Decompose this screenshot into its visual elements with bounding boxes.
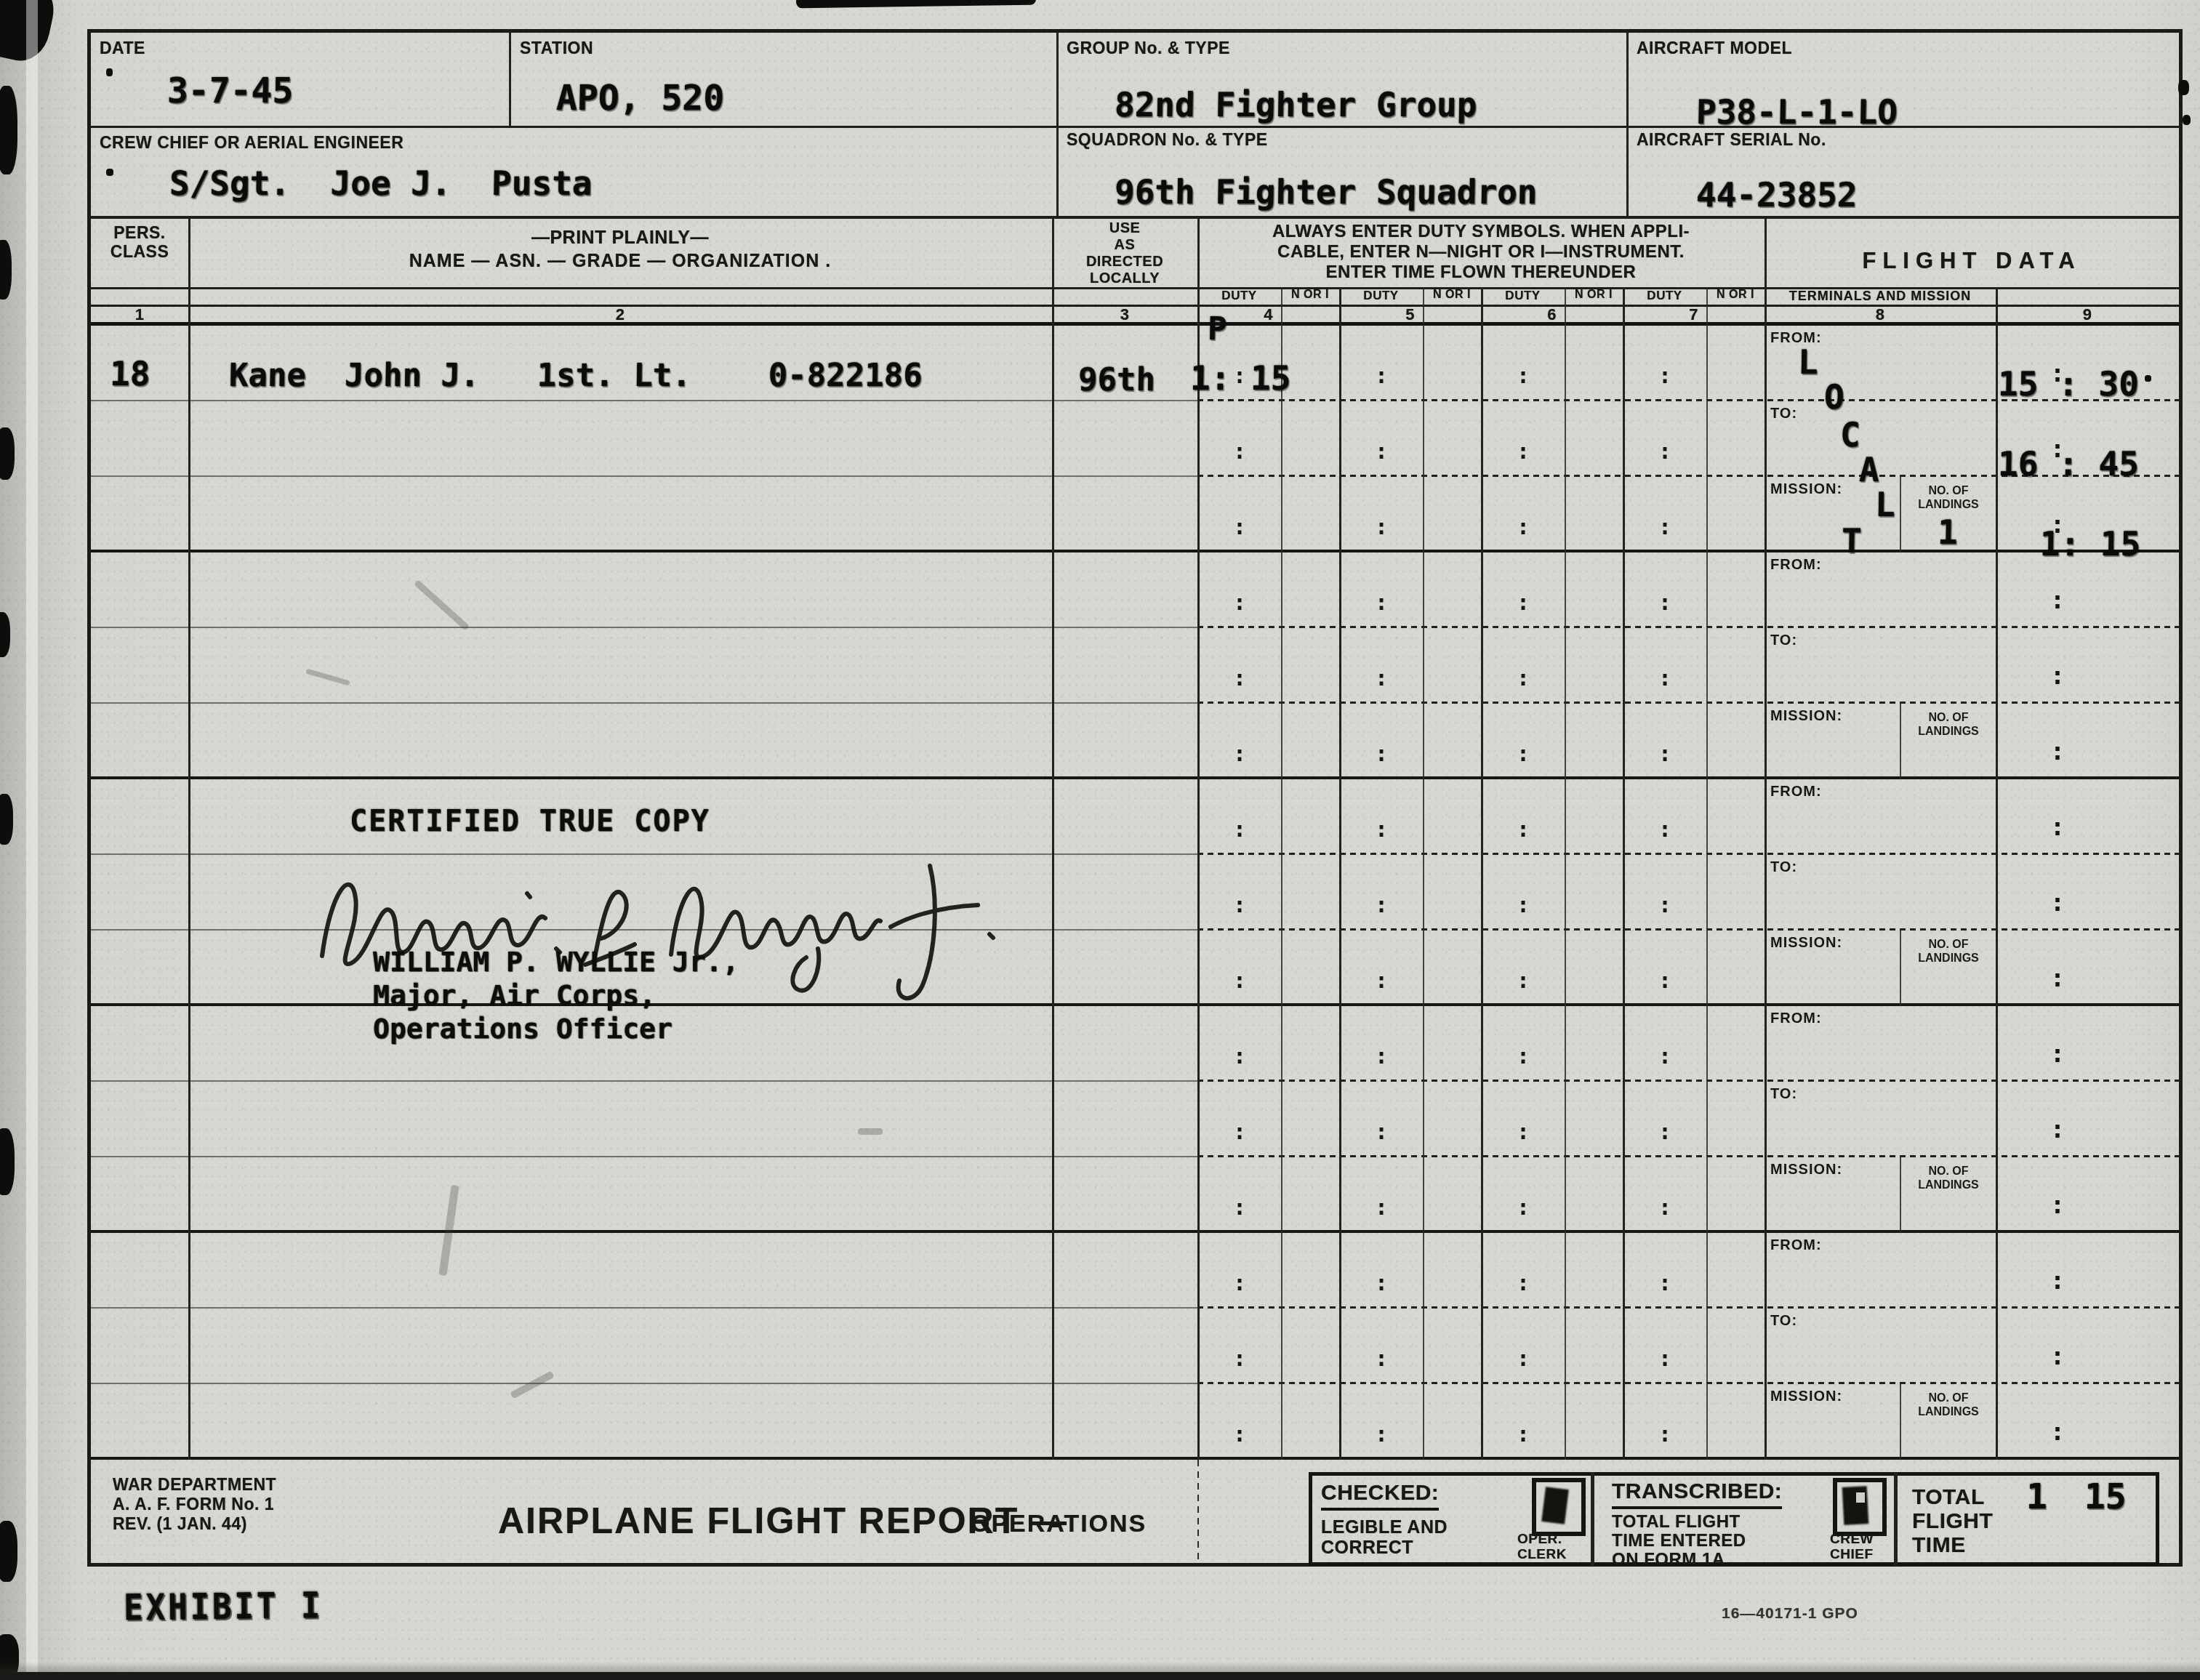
mission-label: MISSION: — [1770, 1388, 1842, 1405]
signed-name: WILLIAM P. WYLLIE Jr., — [373, 946, 739, 978]
duty6-colon: : — [1509, 1044, 1538, 1069]
landings-label-line2: LANDINGS — [1903, 725, 1994, 739]
serial-value: 44-23852 — [1696, 175, 1858, 214]
landings-label: NO. OF LANDINGS — [1903, 938, 1994, 965]
duty5-colon: : — [1367, 1195, 1396, 1221]
mission-row: MISSION: NO. OF LANDINGS : : : : : — [91, 704, 2179, 779]
mission-row: MISSION: NO. OF LANDINGS : : : : : — [91, 1384, 2179, 1460]
duty5-colon: : — [1367, 893, 1396, 918]
signed-title: Major, Air Corps, — [373, 979, 656, 1011]
landings-label-line2: LANDINGS — [1903, 1178, 1994, 1192]
from-label: FROM: — [1770, 557, 1822, 574]
time-colon: : — [2043, 586, 2072, 615]
col-number-1: 1 — [91, 305, 188, 324]
scan-artifact — [0, 1521, 17, 1582]
time-colon: : — [2043, 1115, 2072, 1144]
duty6-colon: : — [1509, 968, 1538, 994]
divider — [1626, 33, 1629, 216]
duty6-colon: : — [1509, 1271, 1538, 1296]
time-colon: : — [2043, 1191, 2072, 1220]
divider — [1281, 287, 1282, 1460]
divider — [1056, 33, 1059, 216]
group-label: GROUP No. & TYPE — [1067, 39, 1230, 58]
divider — [509, 33, 511, 126]
form-table: DATE 3-7-45 STATION APO, 520 GROUP No. &… — [87, 29, 2183, 1567]
landings-entry: 1 — [1938, 513, 1959, 552]
landings-label: NO. OF LANDINGS — [1903, 1165, 1994, 1192]
to-row: TO: : : : : : — [91, 1309, 2179, 1384]
pers-class-line1: PERS. — [91, 223, 188, 242]
flight-data-header: FLIGHT DATA — [1765, 248, 2179, 274]
duty7-colon: : — [1650, 1271, 1679, 1296]
duty4-colon: : — [1225, 1271, 1254, 1296]
duty5-colon: : — [1367, 363, 1396, 389]
landings-label-line1: NO. OF — [1903, 1391, 1994, 1405]
aircraft-model-value: P38-L-1-LO — [1696, 92, 1898, 132]
landings-label: NO. OF LANDINGS — [1903, 1391, 1994, 1419]
station-label: STATION — [520, 39, 593, 58]
n-or-i-subheader: N OR I — [1565, 289, 1623, 302]
crew-chief-label: CREW CHIEF OR AERIAL ENGINEER — [100, 133, 404, 153]
exhibit-stamp: EXHIBIT I — [124, 1585, 324, 1628]
time-colon: : — [2043, 964, 2072, 993]
from-letter-2: O — [1824, 377, 1845, 417]
time-mission-entry: 1: 15 — [1996, 524, 2185, 563]
landings-label: NO. OF LANDINGS — [1903, 484, 1994, 512]
time-colon: : — [2043, 662, 2072, 691]
duty5-colon: : — [1367, 817, 1396, 843]
total-line2: FLIGHT — [1912, 1509, 1993, 1533]
flight-data-block: FROM: : : : : : TO: : : : : : MISSION: N… — [91, 1233, 2179, 1460]
col-number-3: 3 — [1052, 305, 1197, 324]
duty7-colon: : — [1650, 1422, 1679, 1447]
divider — [1706, 287, 1708, 1460]
from-label: FROM: — [1770, 1010, 1822, 1027]
duty4-colon: : — [1225, 1346, 1254, 1372]
duty7-colon: : — [1650, 817, 1679, 843]
local-use-entry: 96th — [1078, 361, 1156, 398]
duty7-colon: : — [1650, 439, 1679, 465]
divider — [1481, 287, 1483, 1460]
transcribed-sub-line2: TIME ENTERED — [1612, 1532, 1746, 1551]
duty5-colon: : — [1367, 741, 1396, 767]
flight-data-block: FROM: : : : : : TO: : : : : : MISSION: N… — [91, 552, 2179, 779]
crew-label-line1: CREW — [1830, 1532, 1874, 1547]
divider — [1623, 287, 1625, 1460]
duty4-colon: : — [1225, 893, 1254, 918]
duty-instructions-header: ALWAYS ENTER DUTY SYMBOLS. WHEN APPLI- C… — [1197, 222, 1765, 283]
duty4-colon: : — [1225, 515, 1254, 540]
duty5-colon: : — [1367, 666, 1396, 691]
use-locally-header: USE AS DIRECTED LOCALLY — [1052, 220, 1197, 287]
duty7-colon: : — [1650, 893, 1679, 918]
duty7-colon: : — [1650, 590, 1679, 616]
time-colon: : — [2043, 1342, 2072, 1371]
landings-label-line1: NO. OF — [1903, 711, 1994, 725]
scan-artifact — [0, 1128, 15, 1195]
from-label: FROM: — [1770, 784, 1822, 800]
squadron-value: 96th Fighter Squadron — [1115, 172, 1538, 212]
use-line3: DIRECTED — [1052, 254, 1197, 270]
crew-label-line2: CHIEF — [1830, 1547, 1874, 1562]
duty7-colon: : — [1650, 1346, 1679, 1372]
duty5-colon: : — [1367, 1120, 1396, 1145]
divider — [91, 216, 2179, 219]
duty-subheader: DUTY — [1197, 289, 1281, 303]
to-row: TO: : : : : : — [91, 628, 2179, 704]
total-line1: TOTAL — [1912, 1485, 1993, 1509]
scan-artifact — [106, 68, 113, 76]
duty5-colon: : — [1367, 1271, 1396, 1296]
oper-clerk-initials — [1541, 1487, 1569, 1524]
name-entry: Kane John J. 1st. Lt. 0-822186 — [229, 357, 923, 394]
duty7-colon: : — [1650, 741, 1679, 767]
from-row: FROM: : : : : : — [91, 1233, 2179, 1309]
scan-artifact — [0, 86, 17, 174]
checked-sublabel: LEGIBLE AND CORRECT — [1321, 1517, 1448, 1558]
duty4-colon: : — [1225, 590, 1254, 616]
scan-artifact — [0, 427, 15, 480]
duty4-colon: : — [1225, 1120, 1254, 1145]
crew-chief-label: CREW CHIEF — [1830, 1532, 1874, 1562]
transcribed-sublabel: TOTAL FLIGHT TIME ENTERED ON FORM 1A . — [1612, 1513, 1746, 1570]
form-title-suffix: OPERATIONS — [971, 1510, 1147, 1538]
col-number-7: 7 — [1623, 305, 1765, 324]
print-plainly-header: —PRINT PLAINLY— — [188, 228, 1052, 249]
col-number-5: 5 — [1339, 305, 1481, 324]
time-colon: : — [2043, 888, 2072, 917]
landings-label-line2: LANDINGS — [1903, 952, 1994, 965]
mission-letter-2: T — [1842, 521, 1863, 560]
pers-class-header: PERS. CLASS — [91, 223, 188, 261]
signed-role: Operations Officer — [373, 1013, 673, 1045]
from-label: FROM: — [1770, 1237, 1822, 1254]
duty6-colon: : — [1509, 817, 1538, 843]
scan-smudge — [858, 1128, 883, 1135]
time-colon: : — [2043, 737, 2072, 766]
duty4-colon: : — [1225, 1422, 1254, 1447]
n-or-i-subheader: N OR I — [1706, 289, 1765, 302]
date-label: DATE — [100, 39, 145, 58]
duty4-colon: : — [1225, 439, 1254, 465]
time-to-entry: 16 : 45 — [1974, 444, 2164, 483]
duty4-colon: : — [1225, 968, 1254, 994]
serial-label: AIRCRAFT SERIAL No. — [1637, 130, 1826, 150]
landings-label: NO. OF LANDINGS — [1903, 711, 1994, 739]
total-hours-entry: 1 — [2026, 1476, 2048, 1517]
duty-time-entry: 1: 15 — [1190, 358, 1291, 398]
duty6-colon: : — [1509, 741, 1538, 767]
duty7-colon: : — [1650, 1120, 1679, 1145]
n-or-i-subheader: N OR I — [1423, 289, 1481, 302]
duty5-colon: : — [1367, 968, 1396, 994]
duty7-colon: : — [1650, 1195, 1679, 1221]
scan-artifact — [0, 1672, 2200, 1680]
gpo-print-code: 16—40171-1 GPO — [1722, 1605, 1858, 1623]
landings-divider — [1900, 931, 1901, 1006]
divider — [188, 218, 190, 1460]
duty4-colon: : — [1225, 817, 1254, 843]
scan-artifact — [106, 169, 113, 176]
divider — [1765, 218, 1767, 1460]
to-label: TO: — [1770, 1086, 1797, 1103]
to-label: TO: — [1770, 859, 1797, 876]
scan-artifact — [0, 240, 12, 300]
time-colon: : — [2043, 1266, 2072, 1295]
crew-chief-value: S/Sgt. Joe J. Pusta — [169, 164, 593, 203]
total-flight-time-label: TOTAL FLIGHT TIME — [1912, 1485, 1993, 1557]
duty4-colon: : — [1225, 1044, 1254, 1069]
scan-artifact — [2183, 115, 2191, 125]
divider — [1339, 287, 1341, 1460]
landings-label-line1: NO. OF — [1903, 1165, 1994, 1178]
from-letter-1: L — [1798, 342, 1819, 382]
duty6-colon: : — [1509, 590, 1538, 616]
duty-symbol-entry: P — [1208, 310, 1227, 347]
scan-artifact — [2178, 80, 2189, 95]
duty4-colon: : — [1225, 741, 1254, 767]
duty6-colon: : — [1509, 515, 1538, 540]
duty7-colon: : — [1650, 363, 1679, 389]
landings-divider — [1900, 704, 1901, 779]
divider — [1423, 287, 1424, 1460]
landings-divider — [1900, 477, 1901, 552]
landings-divider — [1900, 1384, 1901, 1460]
time-colon: : — [2043, 1418, 2072, 1447]
mission-label: MISSION: — [1770, 935, 1842, 952]
terminals-subheader: TERMINALS AND MISSION — [1765, 289, 1996, 304]
landings-label-line1: NO. OF — [1903, 938, 1994, 952]
use-line1: USE — [1052, 220, 1197, 237]
certified-true-copy: CERTIFIED TRUE COPY — [350, 805, 710, 838]
duty5-colon: : — [1367, 439, 1396, 465]
duty6-colon: : — [1509, 1120, 1538, 1145]
time-colon: : — [2043, 813, 2072, 842]
duty7-colon: : — [1650, 515, 1679, 540]
duty4-colon: : — [1225, 1195, 1254, 1221]
transcribed-sub-line1: TOTAL FLIGHT — [1612, 1513, 1746, 1532]
mission-label: MISSION: — [1770, 1162, 1842, 1178]
name-column-header: NAME — ASN. — GRADE — ORGANIZATION . — [188, 251, 1052, 272]
landings-label-line1: NO. OF — [1903, 484, 1994, 498]
total-line3: TIME — [1912, 1533, 1993, 1557]
divider — [1197, 218, 1200, 1460]
checked-label: CHECKED: — [1321, 1481, 1439, 1511]
landings-divider — [1900, 1157, 1901, 1233]
mission-row: MISSION: NO. OF LANDINGS : : : : : — [91, 1157, 2179, 1233]
duty6-colon: : — [1509, 439, 1538, 465]
oper-label-line2: CLERK — [1517, 1547, 1567, 1562]
duty5-colon: : — [1367, 515, 1396, 540]
time-from-entry: 15 : 30 — [1974, 364, 2164, 403]
transcribed-sub-line3: ON FORM 1A . — [1612, 1551, 1746, 1570]
dept-line2: A. A. F. FORM No. 1 — [113, 1495, 276, 1514]
duty6-colon: : — [1509, 1195, 1538, 1221]
oper-clerk-checkbox[interactable] — [1532, 1478, 1586, 1536]
crew-chief-checkbox[interactable] — [1833, 1478, 1887, 1536]
oper-clerk-label: OPER. CLERK — [1517, 1532, 1567, 1562]
time-colon: : — [2043, 1040, 2072, 1069]
duty4-colon: : — [1225, 666, 1254, 691]
squadron-label: SQUADRON No. & TYPE — [1067, 130, 1268, 150]
duty7-colon: : — [1650, 1044, 1679, 1069]
to-letter-1: C — [1840, 415, 1861, 454]
duty-subheader: DUTY — [1339, 289, 1423, 303]
scan-artifact — [796, 0, 1036, 8]
mission-label: MISSION: — [1770, 481, 1842, 498]
n-or-i-subheader: N OR I — [1281, 289, 1339, 302]
landings-label-line2: LANDINGS — [1903, 498, 1994, 512]
scan-artifact — [26, 0, 38, 1680]
dept-line3: REV. (1 JAN. 44) — [113, 1514, 276, 1534]
pers-class-entry: 18 — [110, 354, 150, 393]
pers-class-line2: CLASS — [91, 242, 188, 261]
station-value: APO, 520 — [556, 78, 725, 118]
to-label: TO: — [1770, 1313, 1797, 1330]
crew-chief-initials-detail — [1856, 1492, 1865, 1503]
scan-artifact — [0, 612, 10, 657]
duty6-colon: : — [1509, 666, 1538, 691]
from-row: FROM: : : : : : — [91, 552, 2179, 628]
duty6-colon: : — [1509, 1346, 1538, 1372]
duty-instr-line3: ENTER TIME FLOWN THEREUNDER — [1197, 262, 1765, 283]
to-label: TO: — [1770, 632, 1797, 649]
mission-letter-1: L — [1875, 485, 1896, 524]
duty-subheader: DUTY — [1623, 289, 1706, 303]
aircraft-model-label: AIRCRAFT MODEL — [1637, 39, 1792, 58]
transcribed-label: TRANSCRIBED: — [1612, 1479, 1782, 1509]
checked-sub-line1: LEGIBLE AND — [1321, 1517, 1448, 1538]
divider — [1894, 1472, 1898, 1566]
divider — [1197, 1460, 1199, 1563]
divider — [1565, 287, 1566, 1460]
scan-artifact — [0, 794, 13, 845]
checked-sub-line2: CORRECT — [1321, 1538, 1448, 1558]
to-row: TO: : : : : : — [91, 1082, 2179, 1157]
to-letter-2: A — [1859, 450, 1880, 489]
duty5-colon: : — [1367, 1346, 1396, 1372]
duty-instr-line2: CABLE, ENTER N—NIGHT OR I—INSTRUMENT. — [1197, 242, 1765, 262]
mission-label: MISSION: — [1770, 708, 1842, 725]
dept-line1: WAR DEPARTMENT — [113, 1475, 276, 1495]
duty6-colon: : — [1509, 893, 1538, 918]
duty5-colon: : — [1367, 590, 1396, 616]
duty5-colon: : — [1367, 1422, 1396, 1447]
divider — [1591, 1472, 1594, 1566]
duty-subheader: DUTY — [1481, 289, 1565, 303]
duty6-colon: : — [1509, 363, 1538, 389]
col-number-6: 6 — [1481, 305, 1623, 324]
scanned-flight-report: DATE 3-7-45 STATION APO, 520 GROUP No. &… — [0, 0, 2200, 1680]
duty6-colon: : — [1509, 1422, 1538, 1447]
oper-label-line1: OPER. — [1517, 1532, 1567, 1547]
duty7-colon: : — [1650, 666, 1679, 691]
duty7-colon: : — [1650, 968, 1679, 994]
divider — [1052, 218, 1054, 1460]
duty-instr-line1: ALWAYS ENTER DUTY SYMBOLS. WHEN APPLI- — [1197, 222, 1765, 242]
landings-label-line2: LANDINGS — [1903, 1405, 1994, 1419]
scan-artifact — [2145, 375, 2151, 382]
form-identifier: WAR DEPARTMENT A. A. F. FORM No. 1 REV. … — [113, 1475, 276, 1534]
group-value: 82nd Fighter Group — [1115, 85, 1477, 124]
use-line4: LOCALLY — [1052, 270, 1197, 287]
date-value: 3-7-45 — [167, 71, 294, 111]
col-number-9: 9 — [1996, 305, 2179, 324]
col-number-8: 8 — [1765, 305, 1996, 324]
col-number-2: 2 — [188, 305, 1052, 324]
total-minutes-entry: 15 — [2084, 1476, 2127, 1517]
to-label: TO: — [1770, 406, 1797, 422]
use-line2: AS — [1052, 237, 1197, 254]
duty5-colon: : — [1367, 1044, 1396, 1069]
